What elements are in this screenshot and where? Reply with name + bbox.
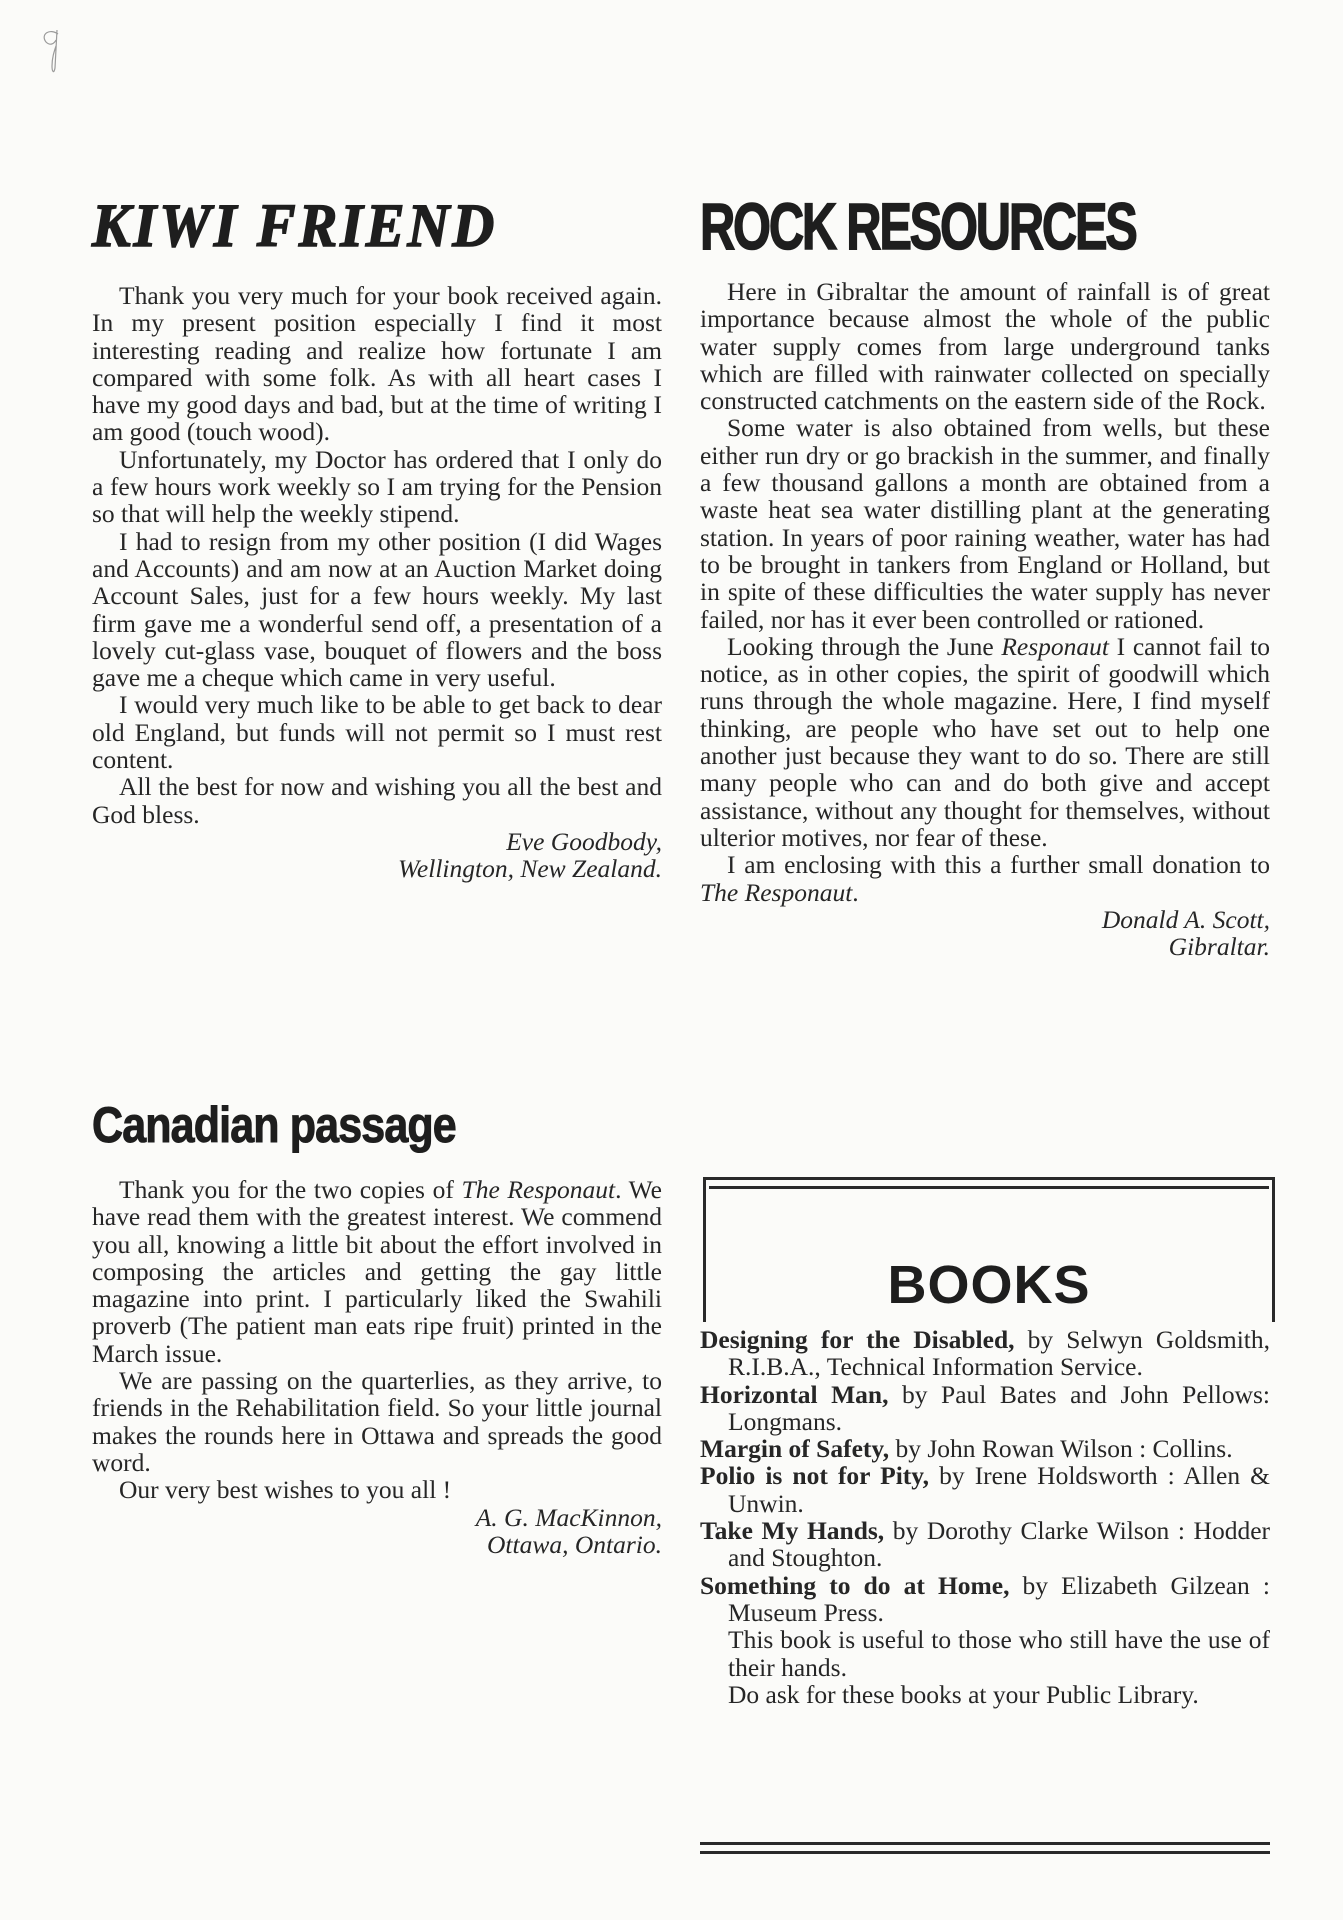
book-title: Take My Hands, bbox=[700, 1516, 884, 1545]
book-title: Something to do at Home, bbox=[700, 1571, 1009, 1600]
book-list-item: Horizontal Man, by Paul Bates and John P… bbox=[700, 1381, 1270, 1436]
magazine-title: The Responaut bbox=[462, 1175, 616, 1204]
signature-name: Eve Goodbody, bbox=[92, 828, 662, 855]
book-title: Horizontal Man, bbox=[700, 1380, 888, 1409]
paragraph: Thank you for the two copies of The Resp… bbox=[92, 1176, 662, 1367]
book-details: by John Rowan Wilson : Collins. bbox=[889, 1434, 1233, 1463]
text-run: . bbox=[852, 878, 858, 907]
book-title: Margin of Safety, bbox=[700, 1434, 889, 1463]
text-run: . We have read them with the greatest in… bbox=[92, 1175, 662, 1368]
text-run: I cannot fail to notice, as in other cop… bbox=[700, 632, 1270, 852]
paragraph: Unfortunately, my Doctor has ordered tha… bbox=[92, 446, 662, 528]
magazine-title: Responaut bbox=[1001, 632, 1109, 661]
paragraph: Some water is also obtained from wells, … bbox=[700, 414, 1270, 632]
rock-resources-heading: ROCK RESOURCES bbox=[700, 196, 1136, 256]
book-note: This book is useful to those who still h… bbox=[700, 1626, 1270, 1681]
signature-place: Gibraltar. bbox=[700, 933, 1270, 960]
paragraph: I had to resign from my other position (… bbox=[92, 528, 662, 692]
paragraph: I am enclosing with this a further small… bbox=[700, 851, 1270, 906]
book-note: Do ask for these books at your Public Li… bbox=[700, 1681, 1270, 1708]
paragraph: Thank you very much for your book receiv… bbox=[92, 282, 662, 446]
books-header-box: BOOKS bbox=[703, 1177, 1275, 1322]
kiwi-friend-body: Thank you very much for your book receiv… bbox=[92, 282, 662, 828]
book-title: Polio is not for Pity, bbox=[700, 1461, 929, 1490]
paragraph: All the best for now and wishing you all… bbox=[92, 773, 662, 828]
text-run: Looking through the June bbox=[727, 632, 1001, 661]
kiwi-friend-heading: KIWI FRIEND bbox=[92, 195, 497, 258]
rock-resources-body: Here in Gibraltar the amount of rainfall… bbox=[700, 278, 1270, 906]
book-list-item: Polio is not for Pity, by Irene Holdswor… bbox=[700, 1462, 1270, 1517]
book-title: Designing for the Disabled, bbox=[700, 1325, 1015, 1354]
paragraph: Our very best wishes to you all ! bbox=[92, 1476, 662, 1503]
rock-resources-article: Here in Gibraltar the amount of rainfall… bbox=[700, 278, 1270, 960]
text-run: I am enclosing with this a further small… bbox=[727, 850, 1270, 879]
double-rule-bottom-inner bbox=[700, 1851, 1270, 1854]
paragraph: Looking through the June Responaut I can… bbox=[700, 633, 1270, 851]
double-rule-top bbox=[703, 1177, 1275, 1180]
canadian-passage-body: Thank you for the two copies of The Resp… bbox=[92, 1176, 662, 1504]
kiwi-friend-article: Thank you very much for your book receiv… bbox=[92, 282, 662, 883]
signature-place: Wellington, New Zealand. bbox=[92, 855, 662, 882]
book-list-item: Designing for the Disabled, by Selwyn Go… bbox=[700, 1326, 1270, 1381]
book-list: Designing for the Disabled, by Selwyn Go… bbox=[700, 1326, 1270, 1708]
canadian-passage-article: Thank you for the two copies of The Resp… bbox=[92, 1176, 662, 1558]
signature-name: Donald A. Scott, bbox=[700, 906, 1270, 933]
book-list-item: Take My Hands, by Dorothy Clarke Wilson … bbox=[700, 1517, 1270, 1572]
book-list-item: Margin of Safety, by John Rowan Wilson :… bbox=[700, 1435, 1270, 1462]
signature-name: A. G. MacKinnon, bbox=[92, 1504, 662, 1531]
magazine-title: The Responaut bbox=[700, 878, 852, 907]
book-list-item: Something to do at Home, by Elizabeth Gi… bbox=[700, 1572, 1270, 1627]
canadian-passage-heading: Canadian passage bbox=[92, 1097, 456, 1153]
paragraph: Here in Gibraltar the amount of rainfall… bbox=[700, 278, 1270, 414]
text-run: Thank you for the two copies of bbox=[119, 1175, 462, 1204]
double-rule-bottom bbox=[700, 1842, 1270, 1845]
books-heading: BOOKS bbox=[706, 1257, 1272, 1313]
double-rule-top-inner bbox=[709, 1186, 1269, 1189]
paragraph: We are passing on the quarterlies, as th… bbox=[92, 1367, 662, 1476]
paragraph: I would very much like to be able to get… bbox=[92, 691, 662, 773]
signature-place: Ottawa, Ontario. bbox=[92, 1531, 662, 1558]
handwritten-page-number bbox=[36, 28, 66, 74]
